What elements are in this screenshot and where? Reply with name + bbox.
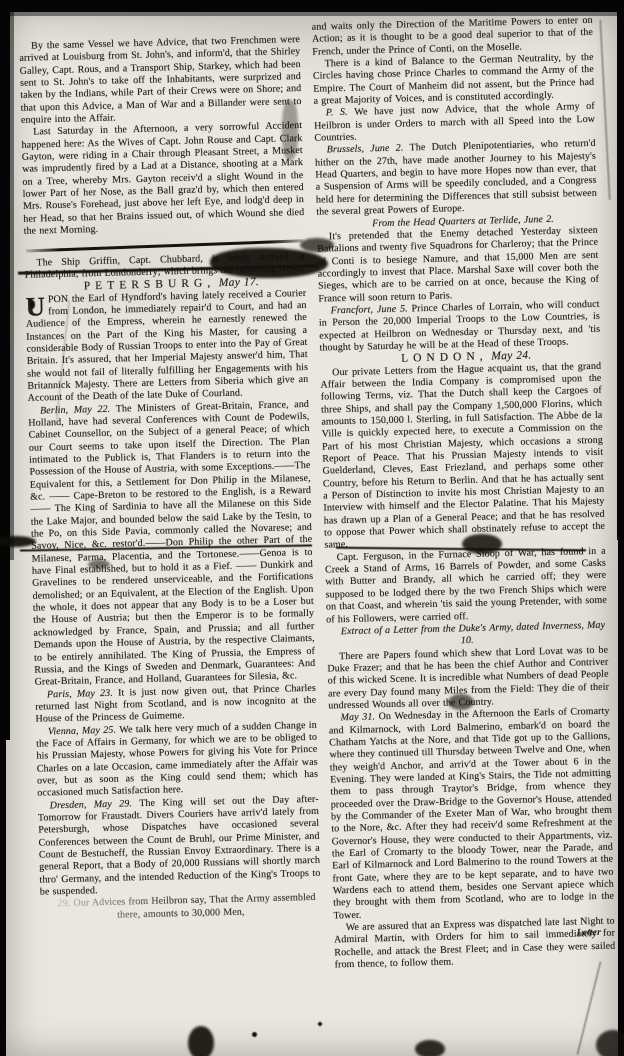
paragraph-dateline: Vienna, May 25.: [48, 724, 120, 737]
scanned-newspaper-page: By the same Vessel we have Advice, that …: [0, 0, 624, 1056]
drop-cap: U: [25, 294, 48, 318]
ink-smudge: [88, 560, 110, 569]
article-paragraph: Brussels, June 2. The Dutch Plenipotenti…: [315, 138, 598, 219]
paragraph-dateline: P. S.: [326, 107, 355, 119]
article-paragraph: It's pretended that the Enemy detached Y…: [317, 225, 600, 306]
article-paragraph: Francfort, June 5. Prince Charles of Lor…: [319, 299, 601, 355]
article-paragraph: Our private Letters from the Hague acqua…: [320, 360, 605, 552]
speck: [318, 1022, 322, 1026]
paragraph-dateline: Berlin, May 22.: [40, 403, 116, 416]
article-paragraph: Last Saturday in the Afternoon, a very s…: [21, 120, 305, 238]
edge-blot: [596, 1030, 624, 1056]
article-paragraph: Dresden, May 29. The King will set out t…: [38, 793, 321, 899]
heading-date: May 17.: [215, 276, 259, 289]
right-column: and waits only the Direction of the Mari…: [312, 15, 618, 1032]
edge-blot: [188, 1026, 214, 1056]
edge-blot: [415, 1040, 445, 1056]
ink-blot: [210, 248, 328, 278]
article-paragraph: May 31. On Wednesday in the Afternoon th…: [328, 706, 614, 923]
paragraph-dateline: Brussels, June 2.: [327, 143, 410, 156]
article-paragraph: Capt. Ferguson, in the Furnace Sloop of …: [325, 545, 608, 626]
paragraph-dateline: Francfort, June 5.: [331, 303, 412, 316]
heading-date: May 24.: [487, 350, 531, 363]
scan-edge-top: [0, 0, 624, 12]
article-paragraph: There is a kind of Balance to the German…: [313, 52, 595, 108]
page-content: By the same Vessel we have Advice, that …: [19, 15, 618, 1039]
ink-smudge: [282, 100, 298, 160]
scan-edge-left: [0, 0, 10, 740]
page-skew-wrapper: By the same Vessel we have Advice, that …: [0, 1, 624, 1056]
ink-blot: [300, 238, 334, 252]
speck: [30, 300, 35, 309]
article-paragraph: Vienna, May 25. We talk here very much o…: [36, 719, 319, 800]
article-paragraph: By the same Vessel we have Advice, that …: [19, 34, 302, 127]
paragraph-dateline: May 31.: [340, 712, 378, 724]
paper-sheet: By the same Vessel we have Advice, that …: [6, 8, 618, 1056]
scan-edge-top-shadow: [0, 12, 624, 16]
ink-smudge: [448, 694, 474, 710]
article-paragraph: We are assured that an Express was dispa…: [334, 916, 616, 972]
scan-edge-right: [617, 0, 624, 540]
heading-place: LONDON,: [401, 351, 488, 365]
left-column: By the same Vessel we have Advice, that …: [19, 22, 325, 1039]
paragraph-dateline: Paris, May 23.: [47, 687, 118, 700]
scan-edge-left-shadow: [10, 0, 14, 560]
catchword: Letter: [576, 927, 601, 939]
ink-blot: [462, 534, 502, 554]
paragraph-dateline: Dresden, May 29.: [50, 798, 140, 811]
speck: [252, 1032, 257, 1037]
article-paragraph: Berlin, May 22. The Ministers of Great-B…: [28, 399, 316, 690]
